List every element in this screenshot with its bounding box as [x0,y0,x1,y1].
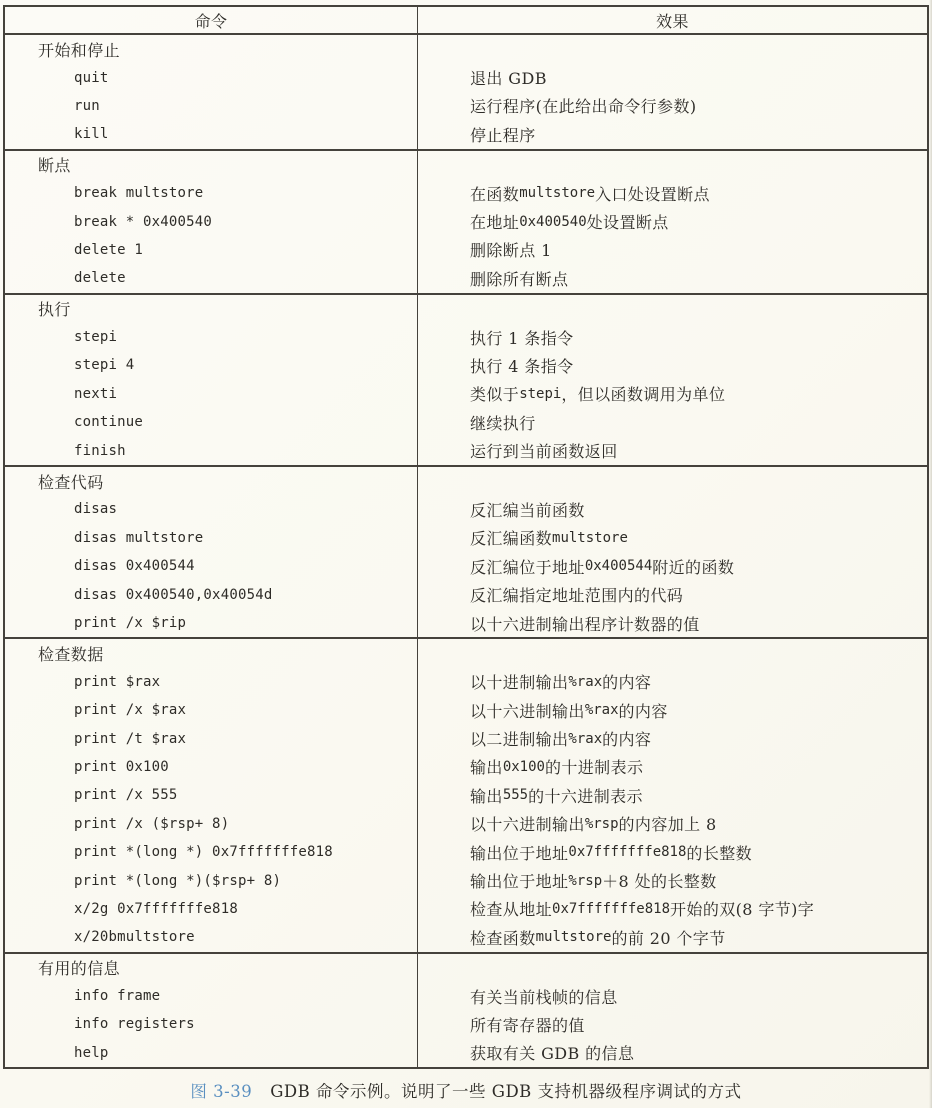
table-section: 有用的信息info frame有关当前栈帧的信息info registers所有… [5,952,927,1068]
section-header-label: 检查代码 [5,467,418,495]
table-row: disas 0x400540,0x40054d反汇编指定地址范围内的代码 [5,580,927,608]
effect-text-segment: 有关当前栈帧的信息 [470,985,618,1008]
command-cell: print 0x100 [5,753,418,781]
effect-cell: 停止程序 [418,120,927,148]
effect-text-segment: 所有寄存器的值 [470,1013,585,1036]
table-row: x/20bmultstore检查函数 multstore 的前 20 个字节 [5,923,927,951]
section-header-empty-cell [418,467,927,495]
command-cell: x/2g 0x7fffffffe818 [5,895,418,923]
effect-text-segment: 删除断点 1 [470,238,552,261]
section-header-label: 检查数据 [5,639,418,667]
effect-text-segment: 以十六进制输出程序计数器的值 [470,612,700,635]
table-row: print *(long *) 0x7fffffffe818输出位于地址 0x7… [5,838,927,866]
effect-text-segment: 执行 1 条指令 [470,326,574,349]
section-header-label: 执行 [5,295,418,323]
effect-cell: 反汇编函数 multstore [418,524,927,552]
command-cell: disas [5,495,418,523]
command-cell: x/20bmultstore [5,923,418,951]
table-row: quit退出 GDB [5,63,927,91]
command-cell: print *(long *)($rsp+ 8) [5,866,418,894]
command-cell: print /x ($rsp+ 8) [5,810,418,838]
table-row: run运行程序(在此给出命令行参数) [5,92,927,120]
figure-number: 图 3-39 [190,1082,252,1101]
table-row: kill停止程序 [5,120,927,148]
effect-code-segment: 0x7fffffffe818 [552,901,670,917]
section-header-row: 有用的信息 [5,954,927,982]
effect-code-segment: %rax [568,731,602,747]
table-section: 断点break multstore在函数 multstore 入口处设置断点br… [5,149,927,293]
effect-code-segment: multstore [519,185,595,201]
effect-text-segment: 在函数 [470,182,519,205]
effect-cell: 输出位于地址 0x7fffffffe818 的长整数 [418,838,927,866]
effect-text-segment: 检查函数 [470,926,536,949]
book-page: 命令 效果 开始和停止quit退出 GDBrun运行程序(在此给出命令行参数)k… [0,0,932,1108]
effect-cell: 删除所有断点 [418,264,927,292]
table-row: break multstore在函数 multstore 入口处设置断点 [5,179,927,207]
command-cell: help [5,1039,418,1067]
table-row: info frame有关当前栈帧的信息 [5,982,927,1010]
effect-text-segment: 运行到当前函数返回 [470,439,618,462]
section-header-row: 检查数据 [5,639,927,667]
effect-text-segment: 退出 GDB [470,66,547,89]
effect-text-segment: 类似于 [470,382,519,405]
effect-text-segment: 反汇编指定地址范围内的代码 [470,583,683,606]
effect-code-segment: 0x7fffffffe818 [568,844,686,860]
effect-cell: 执行 4 条指令 [418,351,927,379]
effect-cell: 输出 555 的十六进制表示 [418,781,927,809]
section-header-empty-cell [418,954,927,982]
effect-text-segment: 执行 4 条指令 [470,354,574,377]
effect-code-segment: %rsp [585,816,619,832]
table-section: 检查数据print $rax以十进制输出%rax 的内容print /x $ra… [5,637,927,951]
table-row: print /t $rax以二进制输出%rax 的内容 [5,724,927,752]
effect-cell: 反汇编指定地址范围内的代码 [418,580,927,608]
command-cell: info frame [5,982,418,1010]
section-header-empty-cell [418,639,927,667]
table-row: x/2g 0x7fffffffe818检查从地址 0x7fffffffe818 … [5,895,927,923]
table-row: print *(long *)($rsp+ 8)输出位于地址%rsp＋8 处的长… [5,866,927,894]
section-header-empty-cell [418,295,927,323]
effect-cell: 所有寄存器的值 [418,1010,927,1038]
effect-code-segment: multstore [552,530,628,546]
effect-cell: 输出 0x100 的十进制表示 [418,753,927,781]
effect-text-segment: 以十六进制输出 [470,699,585,722]
effect-cell: 输出位于地址%rsp＋8 处的长整数 [418,866,927,894]
table-row: print 0x100输出 0x100 的十进制表示 [5,753,927,781]
effect-text-segment: 以十六进制输出 [470,812,585,835]
effect-text-segment: 的内容加上 8 [619,812,717,835]
section-header-row: 检查代码 [5,467,927,495]
effect-text-segment: 的十进制表示 [545,755,643,778]
table-row: stepi执行 1 条指令 [5,323,927,351]
command-cell: kill [5,120,418,148]
effect-text-segment: 开始的双(8 字节)字 [670,897,814,920]
section-header-label: 开始和停止 [5,35,418,63]
effect-text-segment: 入口处设置断点 [595,182,710,205]
effect-cell: 继续执行 [418,408,927,436]
table-row: print /x $rax以十六进制输出%rax 的内容 [5,696,927,724]
effect-text-segment: 反汇编位于地址 [470,555,585,578]
effect-cell: 反汇编当前函数 [418,495,927,523]
effect-cell: 以十六进制输出%rax 的内容 [418,696,927,724]
effect-code-segment: 555 [503,787,528,803]
effect-cell: 以十六进制输出程序计数器的值 [418,609,927,637]
command-cell: print /x 555 [5,781,418,809]
section-header-empty-cell [418,151,927,179]
effect-text-segment: 在地址 [470,210,519,233]
command-cell: info registers [5,1010,418,1038]
command-cell: print *(long *) 0x7fffffffe818 [5,838,418,866]
effect-text-segment: 的长整数 [686,841,752,864]
section-header-label: 断点 [5,151,418,179]
command-cell: disas multstore [5,524,418,552]
command-cell: print /t $rax [5,724,418,752]
command-cell: finish [5,436,418,464]
effect-code-segment: %rsp [568,873,602,889]
effect-text-segment: 停止程序 [470,123,536,146]
table-row: disas 0x400544反汇编位于地址 0x400544 附近的函数 [5,552,927,580]
effect-cell: 执行 1 条指令 [418,323,927,351]
effect-text-segment: ，但以函数调用为单位 [561,382,725,405]
effect-text-segment: 继续执行 [470,411,536,434]
effect-text-segment: 输出 [470,784,503,807]
effect-cell: 检查从地址 0x7fffffffe818 开始的双(8 字节)字 [418,895,927,923]
table-row: print /x $rip以十六进制输出程序计数器的值 [5,609,927,637]
effect-text-segment: 反汇编函数 [470,526,552,549]
effect-text-segment: 检查从地址 [470,897,552,920]
command-cell: break multstore [5,179,418,207]
effect-text-segment: 的内容 [619,699,668,722]
effect-text-segment: 的十六进制表示 [528,784,643,807]
table-row: nexti类似于 stepi，但以函数调用为单位 [5,380,927,408]
effect-cell: 退出 GDB [418,63,927,91]
effect-cell: 以十进制输出%rax 的内容 [418,668,927,696]
effect-code-segment: 0x100 [503,759,545,775]
table-section: 检查代码disas反汇编当前函数disas multstore反汇编函数 mul… [5,465,927,637]
effect-cell: 获取有关 GDB 的信息 [418,1039,927,1067]
table-row: finish运行到当前函数返回 [5,436,927,464]
command-cell: quit [5,63,418,91]
command-cell: print $rax [5,668,418,696]
effect-cell: 类似于 stepi，但以函数调用为单位 [418,380,927,408]
gdb-command-table: 命令 效果 开始和停止quit退出 GDBrun运行程序(在此给出命令行参数)k… [3,5,929,1069]
section-header-row: 开始和停止 [5,35,927,63]
effect-cell: 运行到当前函数返回 [418,436,927,464]
effect-code-segment: %rax [568,674,602,690]
effect-cell: 反汇编位于地址 0x400544 附近的函数 [418,552,927,580]
effect-text-segment: 输出 [470,755,503,778]
section-header-empty-cell [418,35,927,63]
effect-text-segment: 输出位于地址 [470,841,568,864]
table-row: help获取有关 GDB 的信息 [5,1039,927,1067]
effect-code-segment: multstore [536,929,612,945]
effect-cell: 以二进制输出%rax 的内容 [418,724,927,752]
command-cell: print /x $rax [5,696,418,724]
effect-text-segment: ＋8 处的长整数 [602,869,716,892]
table-section: 执行stepi执行 1 条指令stepi 4执行 4 条指令nexti类似于 s… [5,293,927,465]
effect-cell: 在函数 multstore 入口处设置断点 [418,179,927,207]
command-cell: stepi [5,323,418,351]
effect-text-segment: 以十进制输出 [470,670,568,693]
table-header-row: 命令 效果 [5,7,927,35]
table-body: 开始和停止quit退出 GDBrun运行程序(在此给出命令行参数)kill停止程… [5,35,927,1067]
command-cell: disas 0x400540,0x40054d [5,580,418,608]
command-cell: print /x $rip [5,609,418,637]
effect-cell: 检查函数 multstore 的前 20 个字节 [418,923,927,951]
table-row: print /x 555输出 555 的十六进制表示 [5,781,927,809]
command-cell: disas 0x400544 [5,552,418,580]
table-row: disas反汇编当前函数 [5,495,927,523]
command-cell: continue [5,408,418,436]
table-row: delete 1删除断点 1 [5,236,927,264]
effect-code-segment: 0x400540 [519,214,586,230]
effect-text-segment: 输出位于地址 [470,869,568,892]
effect-text-segment: 处设置断点 [587,210,669,233]
table-row: print /x ($rsp+ 8)以十六进制输出%rsp 的内容加上 8 [5,810,927,838]
column-header-command: 命令 [5,7,418,33]
effect-text-segment: 运行程序(在此给出命令行参数) [470,94,697,117]
effect-code-segment: stepi [519,386,561,402]
command-cell: nexti [5,380,418,408]
effect-text-segment: 以二进制输出 [470,727,568,750]
effect-cell: 删除断点 1 [418,236,927,264]
effect-cell: 有关当前栈帧的信息 [418,982,927,1010]
effect-cell: 以十六进制输出%rsp 的内容加上 8 [418,810,927,838]
effect-text-segment: 附近的函数 [652,555,734,578]
effect-text-segment: 反汇编当前函数 [470,498,585,521]
table-row: disas multstore反汇编函数 multstore [5,524,927,552]
section-header-row: 断点 [5,151,927,179]
column-header-effect: 效果 [418,7,927,33]
table-row: stepi 4执行 4 条指令 [5,351,927,379]
effect-code-segment: %rax [585,702,619,718]
table-row: info registers所有寄存器的值 [5,1010,927,1038]
section-header-row: 执行 [5,295,927,323]
command-cell: stepi 4 [5,351,418,379]
effect-text-segment: 的内容 [602,727,651,750]
table-section: 开始和停止quit退出 GDBrun运行程序(在此给出命令行参数)kill停止程… [5,35,927,149]
effect-cell: 在地址 0x400540 处设置断点 [418,207,927,235]
table-row: delete删除所有断点 [5,264,927,292]
command-cell: delete 1 [5,236,418,264]
command-cell: break * 0x400540 [5,207,418,235]
section-header-label: 有用的信息 [5,954,418,982]
figure-caption: 图 3-39GDB 命令示例。说明了一些 GDB 支持机器级程序调试的方式 [0,1078,932,1102]
figure-caption-text: GDB 命令示例。说明了一些 GDB 支持机器级程序调试的方式 [270,1082,741,1101]
effect-cell: 运行程序(在此给出命令行参数) [418,92,927,120]
effect-text-segment: 的内容 [602,670,651,693]
table-row: break * 0x400540在地址 0x400540 处设置断点 [5,207,927,235]
effect-code-segment: 0x400544 [585,558,652,574]
effect-text-segment: 删除所有断点 [470,267,568,290]
command-cell: run [5,92,418,120]
effect-text-segment: 获取有关 GDB 的信息 [470,1041,634,1064]
table-row: continue继续执行 [5,408,927,436]
command-cell: delete [5,264,418,292]
effect-text-segment: 的前 20 个字节 [611,926,725,949]
table-row: print $rax以十进制输出%rax 的内容 [5,668,927,696]
